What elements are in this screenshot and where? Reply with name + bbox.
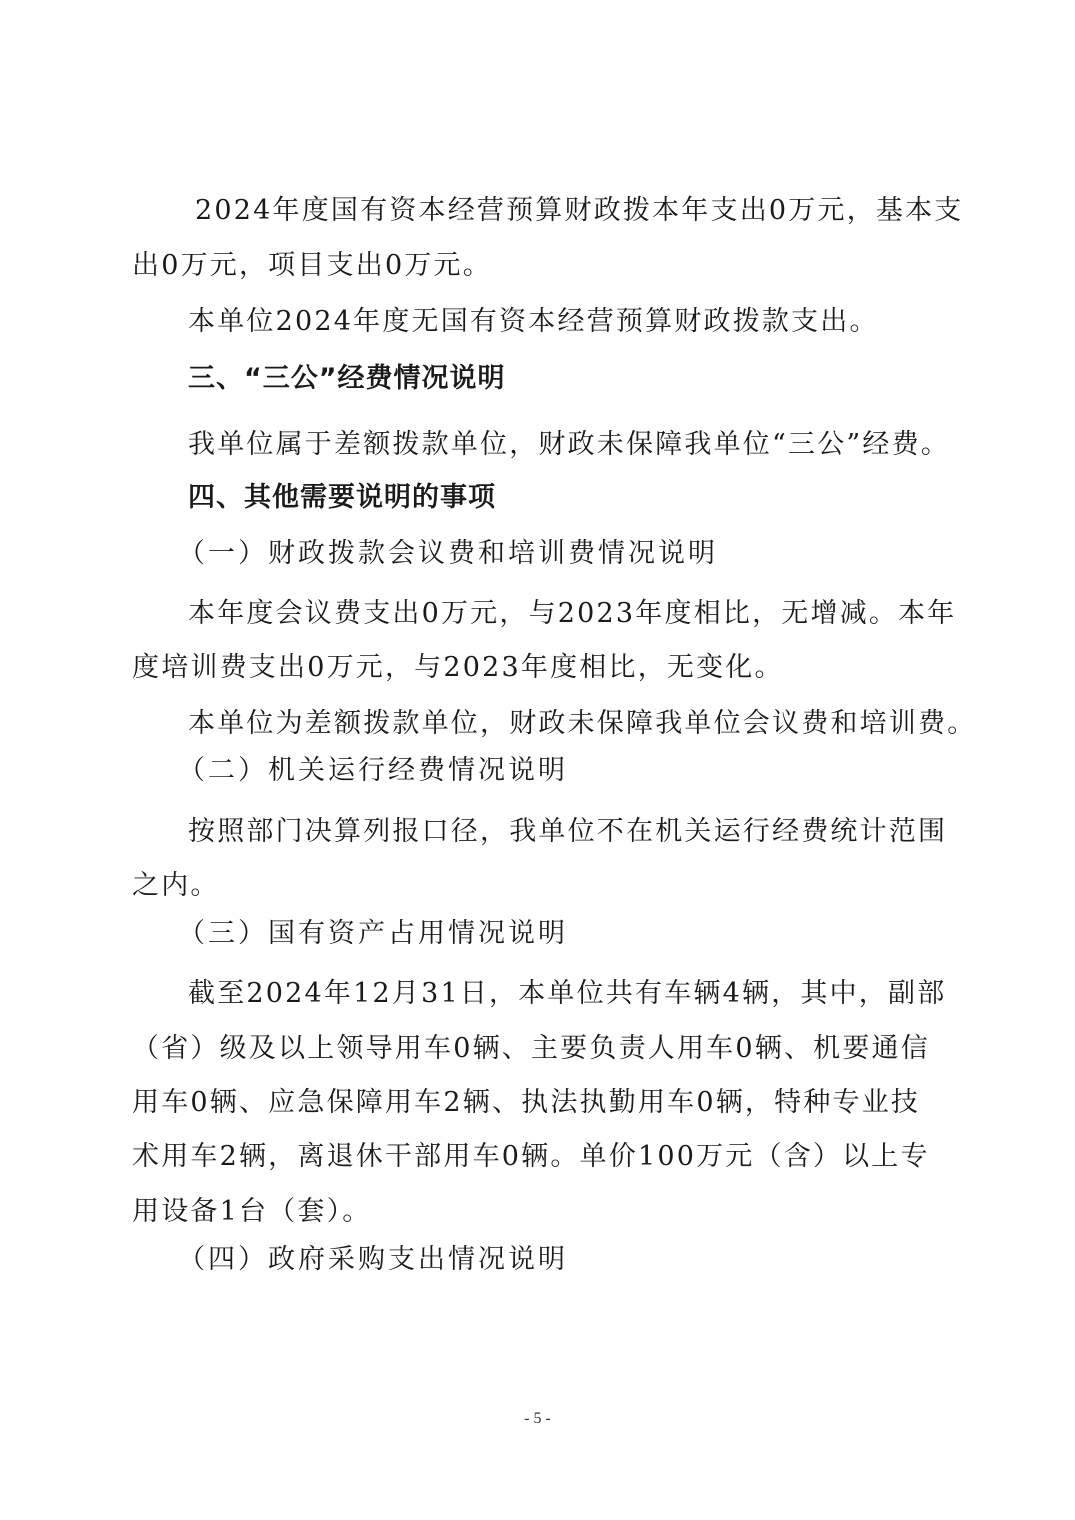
paragraph-line-9: 度培训费支出0万元，与2023年度相比，无变化。 xyxy=(132,651,784,685)
paragraph-line-12: 按照部门决算列报口径，我单位不在机关运行经费统计范围 xyxy=(188,815,947,849)
subsection-heading-3: （三）国有资产占用情况说明 xyxy=(178,917,568,951)
subsection-heading-4: （四）政府采购支出情况说明 xyxy=(178,1243,568,1277)
paragraph-line-5: 我单位属于差额拨款单位，财政未保障我单位“三公”经费。 xyxy=(188,428,950,462)
subsection-heading-1: （一）财政拨款会议费和培训费情况说明 xyxy=(178,537,718,571)
paragraph-line-3: 本单位2024年度无国有资本经营预算财政拨款支出。 xyxy=(188,305,879,339)
paragraph-line-15: 截至2024年12月31日，本单位共有车辆4辆，其中，副部 xyxy=(188,977,946,1011)
subsection-heading-2: （二）机关运行经费情况说明 xyxy=(178,754,568,788)
paragraph-line-16: （省）级及以上领导用车0辆、主要负责人用车0辆、机要通信 xyxy=(132,1032,930,1066)
paragraph-line-17: 用车0辆、应急保障用车2辆、执法执勤用车0辆，特种专业技 xyxy=(132,1086,920,1120)
section-heading-four: 四、其他需要说明的事项 xyxy=(188,481,496,515)
paragraph-line-1: 2024年度国有资本经营预算财政拨本年支出0万元，基本支 xyxy=(195,194,964,228)
page-number: - 5 - xyxy=(0,1410,1075,1428)
paragraph-line-2: 出0万元，项目支出0万元。 xyxy=(132,249,492,283)
paragraph-line-8: 本年度会议费支出0万元，与2023年度相比，无增减。本年 xyxy=(188,597,957,631)
paragraph-line-13: 之内。 xyxy=(132,869,220,903)
paragraph-line-18: 术用车2辆，离退休干部用车0辆。单价100万元（含）以上专 xyxy=(132,1140,930,1174)
paragraph-line-10: 本单位为差额拨款单位，财政未保障我单位会议费和培训费。 xyxy=(188,707,976,741)
section-heading-three: 三、“三公”经费情况说明 xyxy=(188,362,506,396)
paragraph-line-19: 用设备1台（套）。 xyxy=(132,1195,371,1229)
